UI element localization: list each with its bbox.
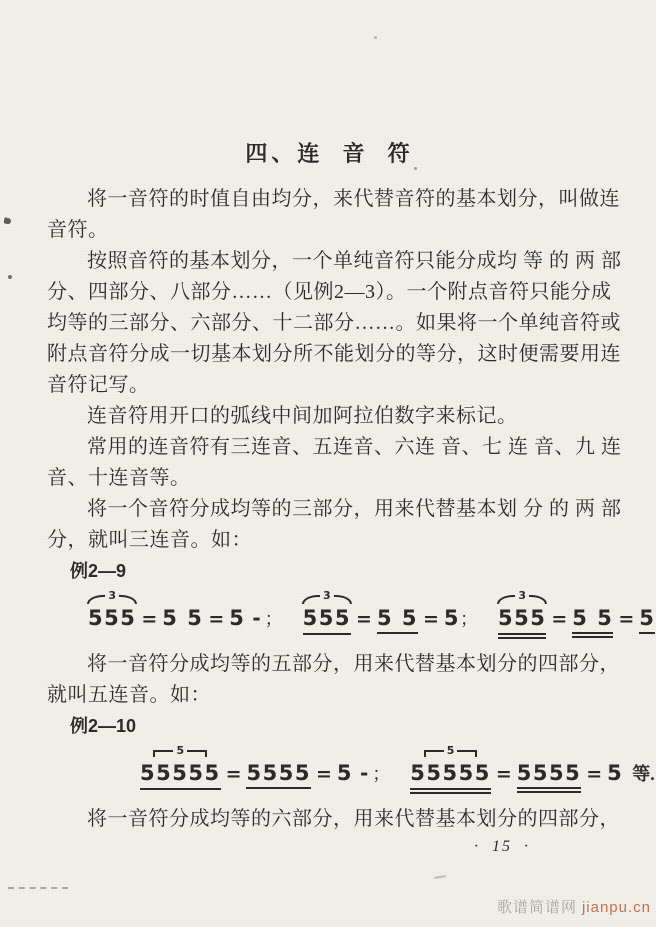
triplet-group: 3 555 (88, 607, 136, 629)
separator: ； (265, 605, 283, 634)
notation-digits: 55555 (410, 761, 491, 790)
notation-digits: 5 5 (377, 607, 418, 634)
equals-sign: = (586, 763, 602, 788)
equals-sign: = (141, 608, 157, 633)
tuplet-bracket-icon: 5 (409, 747, 492, 760)
notation-digits: 555 (498, 606, 546, 635)
page-title: 四、连 音 符 (47, 141, 612, 167)
text-line: 将一音符的时值自由均分，来代替音符的基本划分，叫做连 (47, 184, 612, 215)
scanned-book-page: 四、连 音 符 将一音符的时值自由均分，来代替音符的基本划分，叫做连 音符。 按… (0, 0, 656, 927)
equals-sign: = (618, 608, 634, 633)
paragraph-basic-division: 按照音符的基本划分，一个单纯音符只能分成均 等 的 两 部 分、四部分、八部分…… (47, 246, 612, 401)
scan-artifact-dashes (8, 887, 68, 889)
notation-digits: 555 (88, 606, 136, 633)
text-line: 按照音符的基本划分，一个单纯音符只能分成均 等 的 两 部 (47, 246, 612, 277)
equals-sign: = (551, 608, 567, 633)
equals-sign: = (356, 608, 372, 633)
quintuplet-group: 5 55555 (140, 762, 221, 784)
duration-dash: - (360, 761, 368, 788)
notation-digits: 5555 (517, 762, 581, 789)
tuplet-bracket-icon: 3 (87, 592, 137, 605)
scan-artifact-speck (8, 275, 12, 279)
watermark-url: jianpu.cn (582, 899, 651, 916)
tuplet-bracket-icon: 3 (302, 592, 352, 605)
music-example-2-10: 5 55555 = 5555 = 5 - ； 5 55555 = 5555 = … (47, 742, 612, 804)
text-line: 就叫五连音。如： (47, 680, 612, 711)
scan-artifact-speck (374, 36, 377, 39)
watermark-site-name: 歌谱简谱网 (497, 899, 577, 916)
tuplet-number: 3 (108, 591, 116, 600)
text-line: 音符。 (47, 215, 612, 246)
notation-digits: 5 (337, 762, 353, 787)
equals-sign: = (423, 608, 439, 633)
separator: ； (460, 605, 478, 634)
triplet-group: 3 555 (303, 607, 351, 629)
equals-sign: = (208, 608, 224, 633)
etc-label: 等. (632, 760, 655, 789)
paragraph-notation-mark: 连音符用开口的弧线中间加阿拉伯数字来标记。 (47, 401, 612, 432)
tuplet-number: 5 (447, 746, 455, 755)
paragraph-sextuplet: 将一音符分成均等的六部分，用来代替基本划分的四部分， (47, 804, 612, 835)
notation-digits: 5 (639, 607, 655, 634)
notation-digits: 5 5 (572, 607, 613, 634)
example-2-10-label: 例2—10 (47, 711, 612, 742)
quintuplet-group: 5 55555 (410, 762, 491, 784)
site-watermark: 歌谱简谱网jianpu.cn (497, 896, 651, 917)
text-line: 将一个音符分成均等的三部分，用来代替基本划 分 的 两 部 (47, 494, 612, 525)
equals-sign: = (496, 763, 512, 788)
paragraph-triplet: 将一个音符分成均等的三部分，用来代替基本划 分 的 两 部 分，就叫三连音。如： (47, 494, 612, 556)
text-line: 均等的三部分、六部分、十二部分……。如果将一个单纯音符或 (47, 308, 612, 339)
duration-dash: - (252, 606, 260, 633)
tuplet-number: 3 (518, 591, 526, 600)
text-line: 分、四部分、八部分……（见例2—3）。一个附点音符只能分成 (47, 277, 612, 308)
text-line: 连音符用开口的弧线中间加阿拉伯数字来标记。 (47, 401, 612, 432)
music-example-2-9: 3 555 = 5 5 = 5 - ； 3 555 = 5 5 = 5 ； 3 … (47, 587, 612, 649)
scan-artifact-speck (414, 167, 417, 170)
separator: ； (372, 760, 390, 789)
text-line: 附点音符分成一切基本划分所不能划分的等分，这时便需要用连 (47, 339, 612, 370)
text-line: 音、十连音等。 (47, 463, 612, 494)
notation-digits: 55555 (140, 761, 221, 790)
notation-digits: 555 (303, 606, 351, 635)
notation-digits: 5 5 (162, 607, 203, 632)
tuplet-bracket-icon: 5 (139, 747, 222, 760)
notation-digits: 5 (444, 607, 460, 632)
text-line: 将一音符分成均等的五部分，用来代替基本划分的四部分， (47, 649, 612, 680)
equals-sign: = (316, 763, 332, 788)
triplet-group: 3 555 (498, 607, 546, 629)
paragraph-definition: 将一音符的时值自由均分，来代替音符的基本划分，叫做连 音符。 (47, 184, 612, 246)
tuplet-bracket-icon: 3 (497, 592, 547, 605)
tuplet-number: 5 (176, 746, 184, 755)
notation-digits: 5 (607, 762, 623, 787)
equals-sign: = (226, 763, 242, 788)
text-line: 常用的连音符有三连音、五连音、六连 音、七 连 音、九 连 (47, 432, 612, 463)
paragraph-common-tuplets: 常用的连音符有三连音、五连音、六连 音、七 连 音、九 连 音、十连音等。 (47, 432, 612, 494)
notation-digits: 5555 (246, 762, 310, 789)
example-2-9-label: 例2—9 (47, 556, 612, 587)
text-line: 分，就叫三连音。如： (47, 525, 612, 556)
notation-digits: 5 (229, 607, 245, 632)
text-line: 音符记写。 (47, 370, 612, 401)
paragraph-quintuplet: 将一音符分成均等的五部分，用来代替基本划分的四部分， 就叫五连音。如： (47, 649, 612, 711)
page-number: · 15 · (47, 833, 612, 861)
text-line: 将一音符分成均等的六部分，用来代替基本划分的四部分， (47, 804, 612, 835)
tuplet-number: 3 (323, 591, 331, 600)
